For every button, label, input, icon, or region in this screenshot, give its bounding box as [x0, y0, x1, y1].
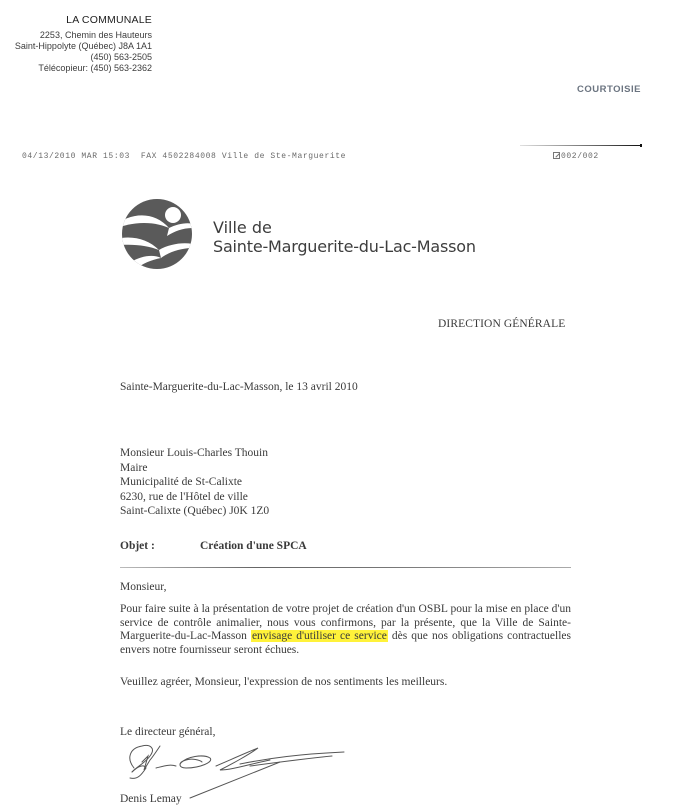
subject-divider	[120, 567, 571, 568]
highlighted-text: envisage d'utiliser ce service	[251, 630, 388, 642]
recipient-organization: Municipalité de St-Calixte	[120, 475, 269, 490]
sender-address-line: 2253, Chemin des Hauteurs	[0, 30, 152, 41]
handwritten-signature-icon	[120, 738, 350, 800]
letter-date: Sainte-Marguerite-du-Lac-Masson, le 13 a…	[120, 381, 358, 393]
letterhead-name-line1: Ville de	[213, 218, 476, 237]
sender-organization: LA COMMUNALE	[0, 14, 152, 26]
salutation: Monsieur,	[120, 581, 167, 593]
fax-header-rule	[520, 145, 641, 146]
signatory-name: Denis Lemay	[120, 793, 182, 805]
subject-value: Création d'une SPCA	[200, 540, 307, 552]
recipient-title: Maire	[120, 461, 269, 476]
signatory-title: Le directeur général,	[120, 726, 215, 738]
recipient-city: Saint-Calixte (Québec) J0K 1Z0	[120, 504, 269, 519]
sender-phone: (450) 563-2505	[0, 52, 152, 63]
body-paragraph: Pour faire suite à la présentation de vo…	[120, 603, 571, 657]
municipal-logo-icon	[121, 198, 193, 270]
fax-page-number: 002/002	[561, 152, 599, 161]
recipient-name: Monsieur Louis-Charles Thouin	[120, 446, 269, 461]
fax-page-counter: 002/002	[553, 152, 599, 161]
sender-address-line: Saint-Hippolyte (Québec) J8A 1A1	[0, 41, 152, 52]
fax-page-icon	[553, 152, 560, 159]
letterhead-title: Ville de Sainte-Marguerite-du-Lac-Masson	[213, 218, 476, 256]
courtesy-label: COURTOISIE	[577, 84, 641, 95]
recipient-street: 6230, rue de l'Hôtel de ville	[120, 490, 269, 505]
department-label: DIRECTION GÉNÉRALE	[438, 318, 565, 330]
closing-line: Veuillez agréer, Monsieur, l'expression …	[120, 676, 447, 688]
subject-label: Objet :	[120, 540, 155, 552]
letterhead-name-line2: Sainte-Marguerite-du-Lac-Masson	[213, 237, 476, 256]
courtesy-sender-block: LA COMMUNALE 2253, Chemin des Hauteurs S…	[0, 14, 152, 74]
sender-fax: Télécopieur: (450) 563-2362	[0, 63, 152, 74]
recipient-address: Monsieur Louis-Charles Thouin Maire Muni…	[120, 446, 269, 519]
fax-transmission-header: 04/13/2010 MAR 15:03 FAX 4502284008 Vill…	[22, 152, 346, 161]
